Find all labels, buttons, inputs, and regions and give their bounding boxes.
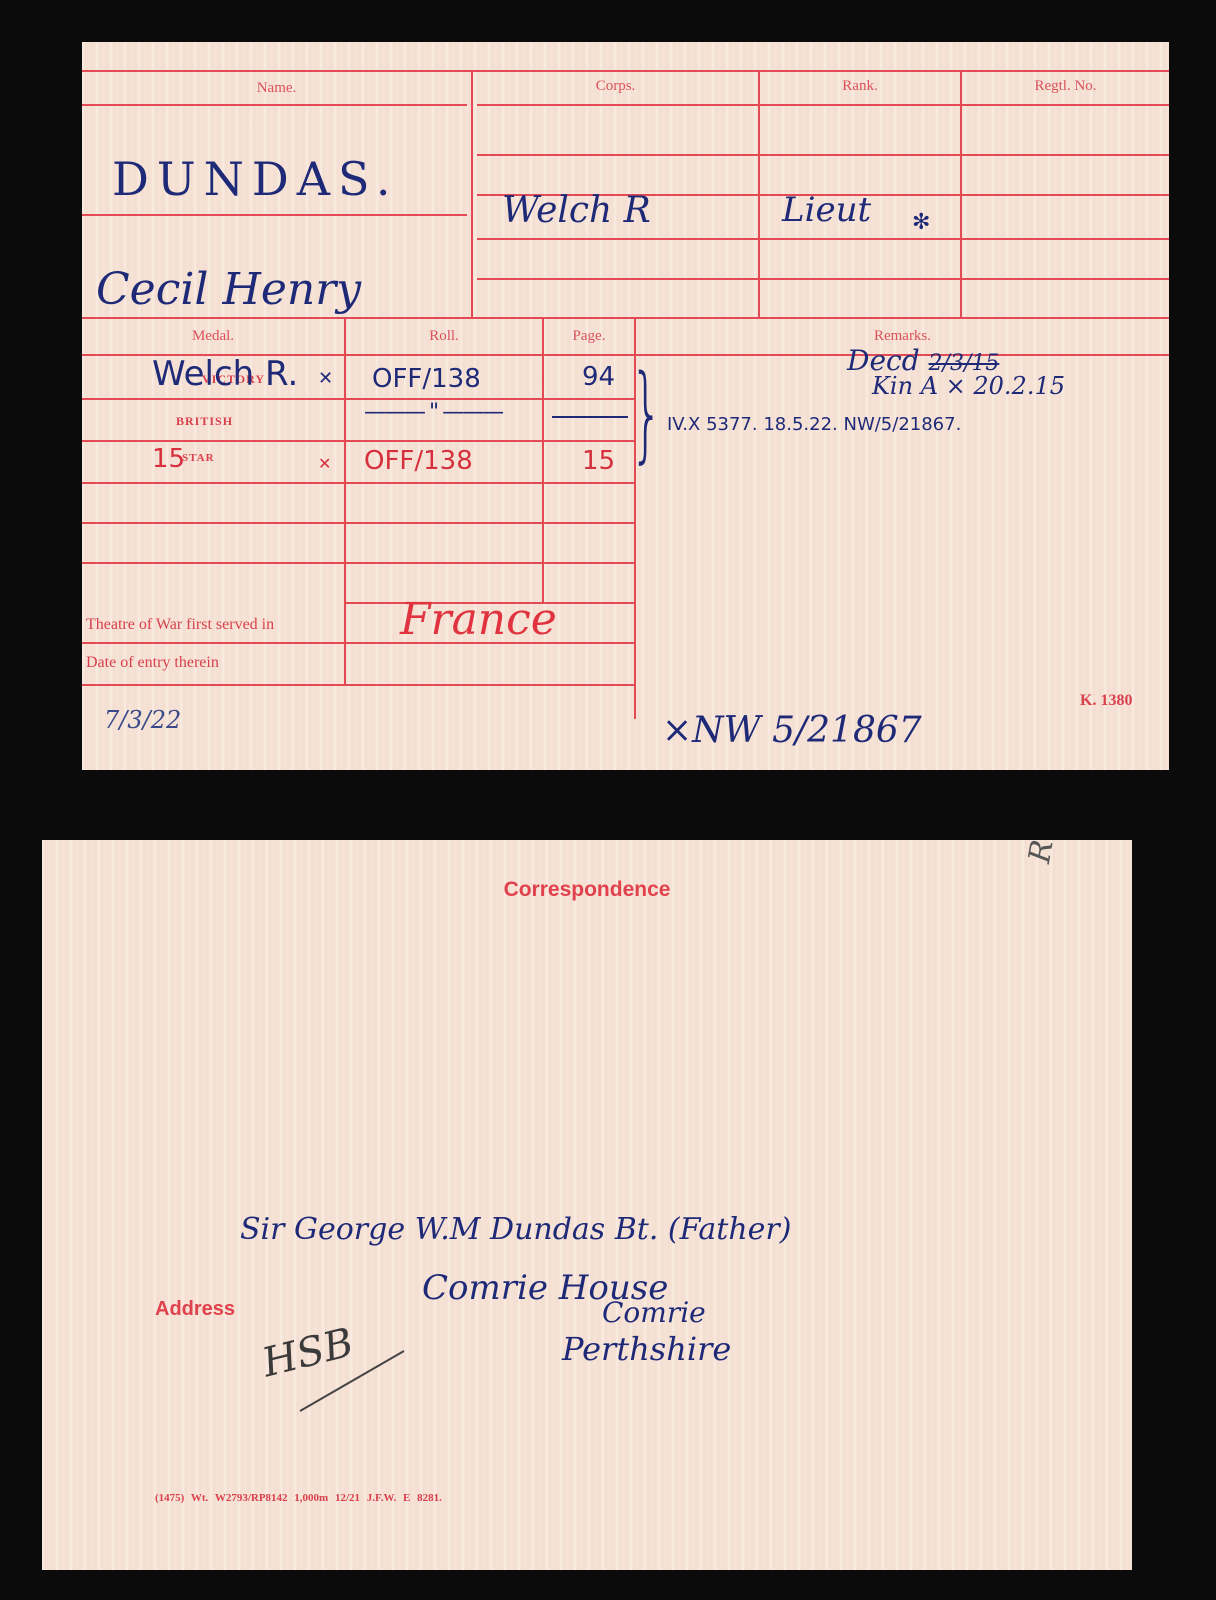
- medal-victory-handwritten: Welch R.: [152, 354, 298, 394]
- page-star: 15: [582, 446, 615, 476]
- theatre-label: Theatre of War first served in: [86, 616, 274, 634]
- rule: [82, 70, 1169, 72]
- initials-signature: HSB: [258, 1320, 358, 1387]
- page-victory: 94: [582, 362, 615, 392]
- medal-index-card-back: Correspondence R Sir George W.M Dundas B…: [42, 840, 1132, 1570]
- rule: [477, 238, 1169, 240]
- header-name: Name.: [82, 80, 471, 97]
- medal-label-star: STAR: [182, 452, 215, 464]
- page-british-ditto-line: [552, 416, 628, 418]
- header-regtl-no: Regtl. No.: [962, 78, 1169, 95]
- address-line-4: Perthshire: [562, 1330, 731, 1368]
- address-line-3: Comrie: [602, 1296, 706, 1329]
- rule: [960, 72, 962, 318]
- form-number: K. 1380: [1080, 692, 1132, 710]
- rank-value: Lieut: [782, 190, 871, 230]
- rule: [758, 72, 760, 318]
- address-label: Address: [155, 1298, 235, 1321]
- address-line-1: Sir George W.M Dundas Bt. (Father): [240, 1212, 791, 1247]
- header-roll: Roll.: [346, 328, 542, 345]
- rule: [477, 104, 1169, 106]
- roll-star: OFF/138: [364, 446, 473, 476]
- header-remarks: Remarks.: [636, 328, 1169, 345]
- remarks-kin: Kin A × 20.2.15: [872, 372, 1065, 400]
- corps-value: Welch R: [502, 190, 651, 231]
- medal-star-mark-icon: ✕: [318, 454, 331, 473]
- rule: [471, 72, 473, 318]
- medal-star-year: 15: [152, 444, 185, 474]
- top-right-mark: R: [1022, 837, 1060, 865]
- rule: [82, 522, 634, 524]
- medal-mark-icon: ✕: [318, 368, 333, 389]
- header-corps: Corps.: [473, 78, 758, 95]
- rule: [82, 214, 467, 216]
- medal-label-british: BRITISH: [176, 414, 233, 429]
- rule: [82, 684, 634, 686]
- bracket-icon: }: [630, 352, 663, 474]
- medal-index-card-front: Name. Corps. Rank. Regtl. No. DUNDAS. Ce…: [82, 42, 1169, 770]
- rule: [82, 317, 1169, 319]
- header-medal: Medal.: [82, 328, 344, 345]
- date-entry-label: Date of entry therein: [86, 654, 219, 672]
- rule: [82, 562, 634, 564]
- rule: [82, 104, 467, 106]
- rule: [477, 154, 1169, 156]
- rank-mark-icon: ✻: [912, 210, 930, 235]
- bottom-reference: ×NW 5/21867: [662, 710, 922, 751]
- rule: [82, 440, 634, 442]
- theatre-value: France: [400, 594, 557, 645]
- rule: [344, 319, 346, 685]
- rule: [477, 278, 1169, 280]
- forenames: Cecil Henry: [96, 264, 361, 315]
- roll-victory: OFF/138: [372, 364, 481, 394]
- remarks-reference: IV.X 5377. 18.5.22. NW/5/21867.: [667, 414, 961, 435]
- rule: [82, 482, 634, 484]
- bottom-left-date: 7/3/22: [104, 706, 181, 734]
- surname: DUNDAS.: [112, 152, 399, 206]
- rule: [542, 319, 544, 603]
- roll-british-ditto: ——— " ———: [364, 400, 502, 425]
- header-rank: Rank.: [760, 78, 960, 95]
- rule: [82, 398, 634, 400]
- correspondence-title: Correspondence: [42, 878, 1132, 902]
- print-line: (1475) Wt. W2793/RP8142 1,000m 12/21 J.F…: [155, 1492, 442, 1504]
- header-page: Page.: [544, 328, 634, 345]
